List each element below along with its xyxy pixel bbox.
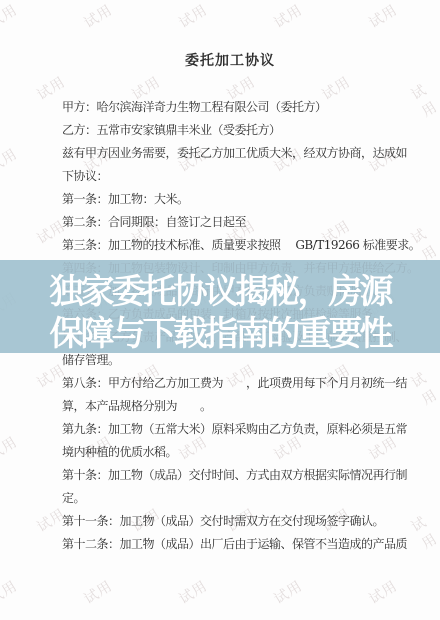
document-line-preamble: 兹有甲方因业务需要，委托乙方加工优质大米，经双方协商，达成如 bbox=[62, 142, 398, 165]
watermark-text: 试用 bbox=[407, 363, 440, 410]
document-line-clause2: 第二条：合同期限：自签订之日起至 bbox=[62, 211, 398, 234]
watermark-text: 试用 bbox=[0, 432, 21, 465]
document-line-clause8b: 算，本产品规格分别为 。 bbox=[62, 395, 398, 418]
watermark-text: 试用 bbox=[0, 0, 21, 32]
watermark-text: 试用 bbox=[175, 576, 211, 609]
watermark-text: 试用 bbox=[270, 576, 306, 609]
document-line-clause11: 第十一条：加工物（成品）交付时需双方在交付现场签字确认。 bbox=[62, 510, 398, 533]
document-line-clause9b: 境内种植的优质水稻。 bbox=[62, 441, 398, 464]
watermark-text: 试用 bbox=[365, 576, 401, 609]
watermark-text: 试用 bbox=[0, 576, 21, 609]
watermark-text: 试用 bbox=[407, 507, 440, 554]
document-title: 委托加工协议 bbox=[62, 50, 398, 70]
promo-banner-text-line1: 独家委托协议揭秘，房源 bbox=[0, 271, 440, 313]
document-line-clause9: 第九条：加工物（五常大米）原料采购由乙方负责，原料必须是五常 bbox=[62, 418, 398, 441]
document-line-preamble2: 下协议： bbox=[62, 165, 398, 188]
document-line-clause12: 第十二条：加工物（成品）出厂后由于运输、保管不当造成的产品质 bbox=[62, 533, 398, 556]
document-page: 试用试用试用试用试用试用试用试用试用试用试用试用试用试用试用试用试用试用试用试用… bbox=[0, 0, 440, 620]
watermark-text: 试用 bbox=[80, 576, 116, 609]
promo-banner-overlay: 独家委托协议揭秘，房源 保障与下载指南的重要性 bbox=[0, 260, 440, 353]
watermark-text: 试用 bbox=[0, 144, 21, 177]
document-line-clause10: 第十条：加工物（成品）交付时间、方式由双方根据实际情况再行制 bbox=[62, 464, 398, 487]
document-line-party-a: 甲方：哈尔滨海洋奇力生物工程有限公司（委托方） bbox=[62, 96, 398, 119]
document-line-clause1: 第一条：加工物：大米。 bbox=[62, 188, 398, 211]
document-line-clause3: 第三条：加工物的技术标准、质量要求按照 GB/T19266 标准要求。 bbox=[62, 234, 398, 257]
watermark-text: 试用 bbox=[407, 75, 440, 122]
document-line-clause10b: 定。 bbox=[62, 487, 398, 510]
document-line-party-b: 乙方：五常市安家镇鼎丰米业（受委托方） bbox=[62, 119, 398, 142]
promo-banner-text-line2: 保障与下载指南的重要性 bbox=[0, 313, 440, 353]
document-line-clause8: 第八条：甲方付给乙方加工费为 ，此项费用每下个月月初统一结 bbox=[62, 372, 398, 395]
